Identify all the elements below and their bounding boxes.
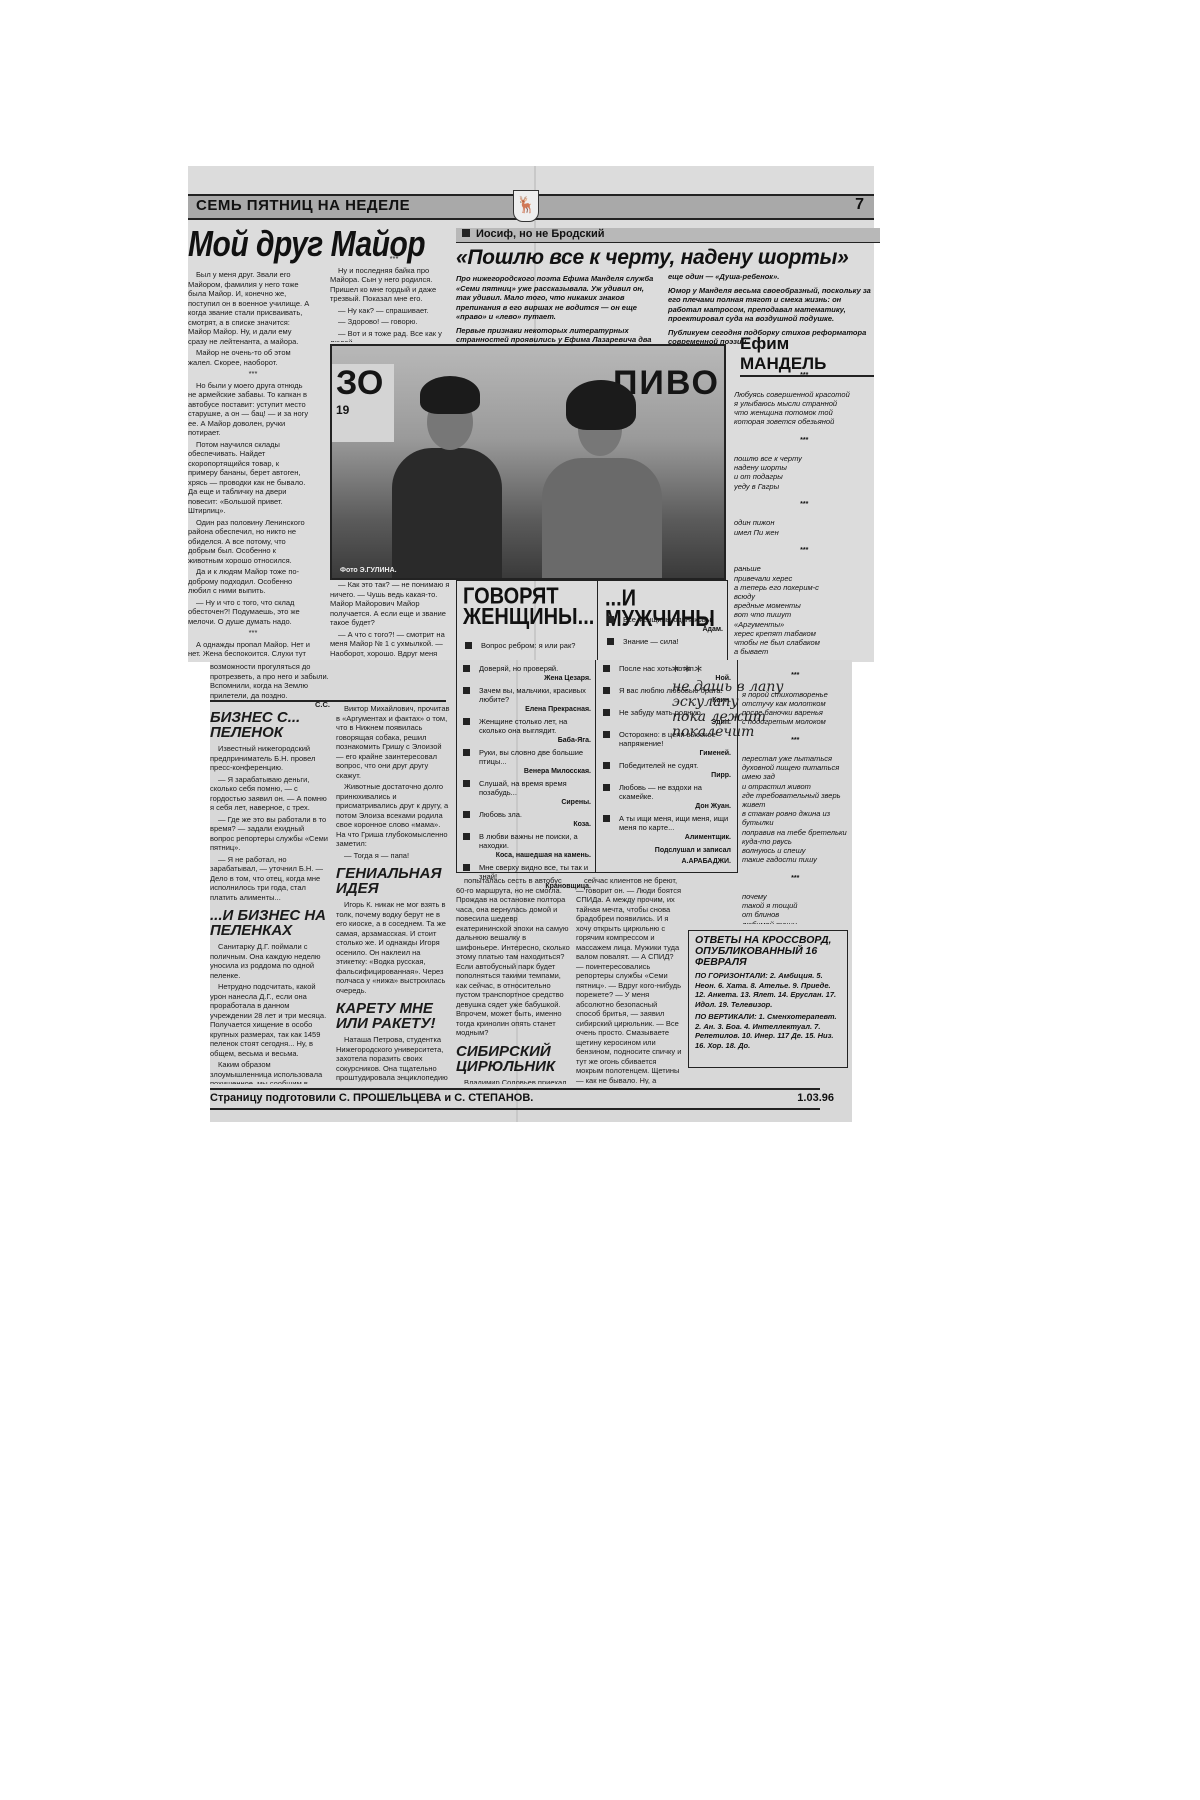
square-bullet-icon xyxy=(607,638,614,645)
paragraph: Каким образом злоумышленница использовал… xyxy=(210,1060,328,1084)
separator-stars: *** xyxy=(734,546,874,555)
credit-line: Подслушал и записал xyxy=(601,847,731,854)
quote-text: Любовь зла. xyxy=(479,810,522,819)
paragraph: — Как это так? — не понимаю я ничего. — … xyxy=(330,580,450,628)
crossword-title: ОТВЕТЫ НА КРОССВОРД, ОПУБЛИКОВАННЫЙ 16 Ф… xyxy=(695,935,841,968)
quote-text: Слушай, на время время позабудь... xyxy=(479,779,567,797)
quote-row: Знание — сила! xyxy=(605,637,723,646)
separator-stars: *** xyxy=(188,628,310,638)
quote-row: А ты ищи меня, ищи меня, ищи меня по кар… xyxy=(601,814,731,832)
page-number: 7 xyxy=(855,196,864,214)
quote-signature: Елена Прекрасная. xyxy=(461,706,591,713)
paragraph: — Ну как? — спрашивает. xyxy=(330,306,450,316)
paragraph: Животные достаточно долго принюхивались … xyxy=(336,782,450,849)
quote-text: Зачем вы, мальчики, красивых любите? xyxy=(479,686,586,704)
paragraph: Ну и последняя байка про Майора. Сын у н… xyxy=(330,266,450,304)
paragraph: Известный нижегородский предприниматель … xyxy=(210,744,328,773)
square-bullet-icon xyxy=(463,718,470,725)
paragraph: — Я зарабатываю деньги, сколько себя пом… xyxy=(210,775,328,813)
quote-row: Любовь — не вздохи на скамейке. xyxy=(601,783,731,801)
person-left-hat xyxy=(420,376,480,414)
section-title: СЕМЬ ПЯТНИЦ НА НЕДЕЛЕ xyxy=(196,197,410,214)
quote-signature: Баба-Яга. xyxy=(461,737,591,744)
paragraph: — Ну и что с того, что склад обесточен?!… xyxy=(188,598,310,627)
lead-paragraph: еще один — «Душа-ребенок». xyxy=(668,272,874,282)
person-right xyxy=(542,458,662,578)
paragraph: попыталась сесть в автобус 60-го маршрут… xyxy=(456,876,570,1038)
column-divider xyxy=(597,581,598,663)
women-box-title: ГОВОРЯТ ЖЕНЩИНЫ... xyxy=(463,586,583,627)
quote-row: Все женщины одинаковы. xyxy=(605,615,723,624)
crossword-answers-box: ОТВЕТЫ НА КРОССВОРД, ОПУБЛИКОВАННЫЙ 16 Ф… xyxy=(688,930,848,1068)
quote-text: Знание — сила! xyxy=(623,637,679,646)
bottom-column-3: попыталась сесть в автобус 60-го маршрут… xyxy=(456,876,570,1084)
footer-rule-bottom xyxy=(210,1108,820,1110)
bottom-column-2: Виктор Михайлович, прочитав в «Аргумента… xyxy=(336,704,450,1084)
square-bullet-icon xyxy=(463,665,470,672)
poem: перестал уже пытаться духовной пищею пит… xyxy=(742,754,848,864)
quote-signature: Жена Цезаря. xyxy=(461,675,591,682)
quote-row: Зачем вы, мальчики, красивых любите? xyxy=(461,686,591,704)
square-bullet-icon xyxy=(603,665,610,672)
paragraph: возможности прогуляться до протрезветь, … xyxy=(210,662,330,700)
square-bullet-icon xyxy=(462,229,470,237)
women-quotes-box-top: ГОВОРЯТ ЖЕНЩИНЫ... Вопрос ребром: я или … xyxy=(456,580,728,664)
credit-name: А.АРАБАДЖИ. xyxy=(601,858,731,865)
section-headline: БИЗНЕС С... ПЕЛЕНОК xyxy=(210,710,328,740)
separator-stars: *** xyxy=(734,371,874,380)
paragraph: — Вот и я тоже рад. Все как у людей. xyxy=(330,329,450,343)
crossword-down: ПО ВЕРТИКАЛИ: 1. Сменхотерапевт. 2. Ан. … xyxy=(695,1012,841,1050)
quote-text: Женщине столько лет, на сколько она выгл… xyxy=(479,717,567,735)
quote-row: Женщине столько лет, на сколько она выгл… xyxy=(461,717,591,735)
square-bullet-icon xyxy=(603,784,610,791)
paragraph: Владимир Соловьев приехал в Нижний из Ир… xyxy=(456,1078,570,1085)
paragraph: Да и к людям Майор тоже по-доброму подхо… xyxy=(188,567,310,596)
lead-paragraph: Юмор у Манделя весьма своеобразный, поск… xyxy=(668,286,874,324)
lead-paragraph: Про нижегородского поэта Ефима Манделя с… xyxy=(456,274,656,322)
square-bullet-icon xyxy=(463,864,470,871)
major-column-2: *** Ну и последняя байка про Майора. Сын… xyxy=(330,254,450,342)
person-left xyxy=(392,448,502,578)
quote-text: Руки, вы словно две большие птицы... xyxy=(479,748,583,766)
paragraph: — Я не работал, но зарабатывал, — уточни… xyxy=(210,855,328,903)
quote-text: Любовь — не вздохи на скамейке. xyxy=(619,783,702,801)
men-quote-first: Все женщины одинаковы. Адам. Знание — си… xyxy=(605,615,723,648)
section-headline: СИБИРСКИЙ ЦИРЮЛЬНИК xyxy=(456,1044,570,1074)
person-right-hat xyxy=(566,380,636,430)
poem: один пижон имел Пи жен xyxy=(734,518,874,536)
square-bullet-icon xyxy=(607,616,614,623)
separator-stars: *** xyxy=(188,369,310,379)
quote-text: А ты ищи меня, ищи меня, ищи меня по кар… xyxy=(619,814,728,832)
deer-emblem-icon: 🦌 xyxy=(513,190,539,222)
quote-signature: Коза. xyxy=(461,821,591,828)
feature-headline: «Пошлю все к черту, надену шорты» xyxy=(456,246,849,270)
square-bullet-icon xyxy=(465,642,472,649)
photo-sign-left: ЗО19 xyxy=(332,364,394,442)
bottom-col1-top: возможности прогуляться до протрезветь, … xyxy=(210,662,330,710)
paragraph: Наташа Петрова, студентка Нижегородского… xyxy=(336,1035,450,1084)
section-headline: КАРЕТУ МНЕ ИЛИ РАКЕТУ! xyxy=(336,1001,450,1031)
women-quote-first: Вопрос ребром: я или рак? xyxy=(463,641,583,652)
square-bullet-icon xyxy=(463,833,470,840)
paragraph: сейчас клиентов не бреют, — говорит он. … xyxy=(576,876,682,1084)
paragraph: Майор не очень-то об этом жалел. Скорее,… xyxy=(188,348,310,367)
quote-signature: Пирр. xyxy=(601,772,731,779)
paragraph: Виктор Михайлович, прочитав в «Аргумента… xyxy=(336,704,450,780)
square-bullet-icon xyxy=(603,762,610,769)
paragraph: Игорь К. никак не мог взять в толк, поче… xyxy=(336,900,450,995)
newspaper-top-half: СЕМЬ ПЯТНИЦ НА НЕДЕЛЕ 🦌 7 Мой друг Майор… xyxy=(188,166,874,662)
separator-stars: *** xyxy=(330,254,450,264)
square-bullet-icon xyxy=(463,687,470,694)
bottom-column-4: сейчас клиентов не бреют, — говорит он. … xyxy=(576,876,682,1084)
square-bullet-icon xyxy=(603,731,610,738)
paragraph: Один раз половину Ленинского района обес… xyxy=(188,518,310,566)
quote-row: В любви важны не поиски, а находки. xyxy=(461,832,591,850)
quote-signature: Сирены. xyxy=(461,799,591,806)
article-kicker: Иосиф, но не Бродский xyxy=(456,228,880,243)
photo-credit: Фото Э.ГУЛИНА. xyxy=(340,567,397,574)
paragraph: — Где же это вы работали в то время? — з… xyxy=(210,815,328,853)
quote-text: Победителей не судят. xyxy=(619,761,698,770)
kicker-text: Иосиф, но не Бродский xyxy=(476,228,605,240)
section-headline: ГЕНИАЛЬНАЯ ИДЕЯ xyxy=(336,866,450,896)
sign-text: ЗО xyxy=(336,364,383,402)
poem: раньше привечали херес а теперь его похе… xyxy=(734,564,874,662)
column-divider xyxy=(595,660,596,872)
handwritten-annotation: * * * не дашь в лапу эскулапу пока лежит… xyxy=(672,665,784,740)
square-bullet-icon xyxy=(463,749,470,756)
square-bullet-icon xyxy=(463,811,470,818)
quote-signature: Венера Милосская. xyxy=(461,768,591,775)
paragraph: Нетрудно подсчитать, какой урон нанесла … xyxy=(210,982,328,1058)
women-quotes-list: Доверяй, но проверяй. Жена Цезаря. Зачем… xyxy=(461,664,591,894)
paragraph: Потом научился склады обеспечивать. Найд… xyxy=(188,440,310,516)
quote-row: Руки, вы словно две большие птицы... xyxy=(461,748,591,766)
square-bullet-icon xyxy=(603,815,610,822)
major-column-2-continued: — Как это так? — не понимаю я ничего. — … xyxy=(330,580,450,662)
separator-stars: *** xyxy=(734,436,874,445)
quote-text: Все женщины одинаковы. xyxy=(623,615,713,624)
quote-row: Победителей не судят. xyxy=(601,761,731,770)
quote-row: Вопрос ребром: я или рак? xyxy=(463,641,583,650)
paragraph: Санитарку Д.Г. поймали с поличным. Она к… xyxy=(210,942,328,980)
quote-text: Вопрос ребром: я или рак? xyxy=(481,641,575,650)
paragraph: А однажды пропал Майор. Нет и нет. Жена … xyxy=(188,640,310,663)
poem: Любуясь совершенной красотой я улыбаюсь … xyxy=(734,390,874,427)
separator-stars: *** xyxy=(742,874,848,883)
quote-text: В любви важны не поиски, а находки. xyxy=(479,832,578,850)
quote-signature: Гименей. xyxy=(601,750,731,757)
paragraph: — А что с того?! — смотрит на меня Майор… xyxy=(330,630,450,663)
page-credit: Страницу подготовили С. ПРОШЕЛЬЦЕВА и С.… xyxy=(210,1092,533,1104)
paragraph: — Здорово! — говорю. xyxy=(330,317,450,327)
quote-signature: Алиментщик. xyxy=(601,834,731,841)
square-bullet-icon xyxy=(603,709,610,716)
quote-row: Доверяй, но проверяй. xyxy=(461,664,591,673)
paragraph: Но были у моего друга отнюдь не армейски… xyxy=(188,381,310,438)
footer-rule-top xyxy=(210,1088,820,1090)
paragraph: — Тогда я — папа! xyxy=(336,851,450,861)
square-bullet-icon xyxy=(463,780,470,787)
bottom-column-1: БИЗНЕС С... ПЕЛЕНОК Известный нижегородс… xyxy=(210,704,328,1084)
major-column-1: Был у меня друг. Звали его Майором, фами… xyxy=(188,270,310,662)
poem: пошлю все к черту надену шорты и от пода… xyxy=(734,454,874,491)
quote-signature: Коса, нашедшая на камень. xyxy=(461,852,591,859)
quote-signature: Дон Жуан. xyxy=(601,803,731,810)
separator-stars: *** xyxy=(734,500,874,509)
paragraph: Был у меня друг. Звали его Майором, фами… xyxy=(188,270,310,346)
poem: почему такой я тощий от блинов любимой т… xyxy=(742,892,848,924)
sign-small-text: 19 xyxy=(336,403,394,417)
quote-signature: Адам. xyxy=(605,626,723,633)
section-banner: СЕМЬ ПЯТНИЦ НА НЕДЕЛЕ 🦌 7 xyxy=(188,194,874,220)
crossword-across: ПО ГОРИЗОНТАЛИ: 2. Амбиция. 5. Неон. 6. … xyxy=(695,971,841,1009)
quote-text: Доверяй, но проверяй. xyxy=(479,664,558,673)
quote-row: Слушай, на время время позабудь... xyxy=(461,779,591,797)
quote-row: Любовь зла. xyxy=(461,810,591,819)
divider-rule xyxy=(210,700,446,702)
section-headline: ...И БИЗНЕС НА ПЕЛЕНКАХ xyxy=(210,908,328,938)
square-bullet-icon xyxy=(603,687,610,694)
news-photo: ЗО19 ПИВО Фото Э.ГУЛИНА. xyxy=(330,344,726,580)
poems-column-top: *** Любуясь совершенной красотой я улыба… xyxy=(734,362,874,662)
issue-date: 1.03.96 xyxy=(797,1092,834,1104)
